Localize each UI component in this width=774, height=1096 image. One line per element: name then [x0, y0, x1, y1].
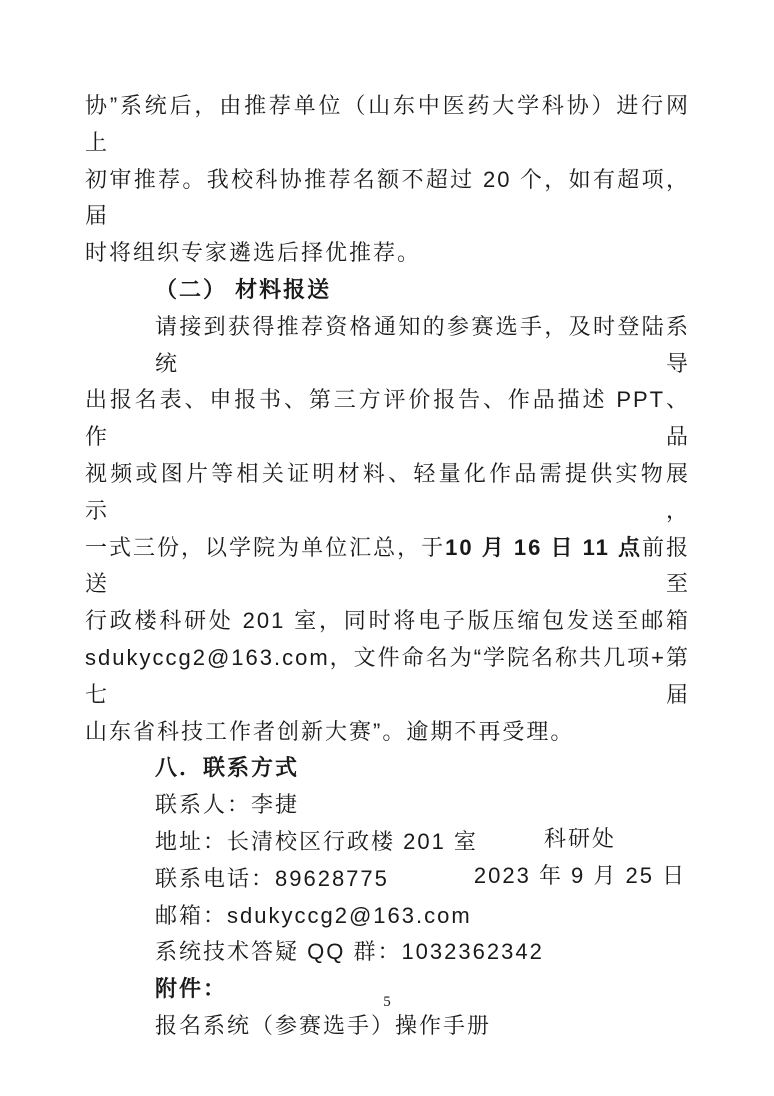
body-line: 出报名表、申报书、第三方评价报告、作品描述 PPT、作品 — [85, 382, 690, 456]
section-heading-materials: （二） 材料报送 — [85, 272, 690, 309]
paragraph-materials: 请接到获得推荐资格通知的参赛选手，及时登陆系统导 出报名表、申报书、第三方评价报… — [85, 309, 690, 751]
body-line-deadline: 一式三份，以学院为单位汇总，于10 月 16 日 11 点前报送至 — [85, 530, 690, 604]
body-line: 请接到获得推荐资格通知的参赛选手，及时登陆系统导 — [85, 309, 690, 383]
contact-email-line: 邮箱：sdukyccg2@163.com — [85, 898, 690, 935]
paragraph-web-review: 协”系统后，由推荐单位（山东中医药大学科协）进行网上 初审推荐。我校科协推荐名额… — [85, 88, 690, 272]
document-page: 协”系统后，由推荐单位（山东中医药大学科协）进行网上 初审推荐。我校科协推荐名额… — [0, 0, 774, 1096]
attachment-item: 报名系统（参赛选手）操作手册 — [85, 1008, 690, 1045]
body-line: 山东省科技工作者创新大赛”。逾期不再受理。 — [85, 714, 690, 751]
signature-department: 科研处 — [460, 821, 700, 858]
body-line: 协”系统后，由推荐单位（山东中医药大学科协）进行网上 — [85, 88, 690, 162]
deadline-text-pre: 一式三份，以学院为单位汇总，于 — [85, 535, 445, 560]
section-heading-contact: 八．联系方式 — [85, 750, 690, 787]
contact-qq-group-line: 系统技术答疑 QQ 群：1032362342 — [85, 934, 690, 971]
body-line: 视频或图片等相关证明材料、轻量化作品需提供实物展示， — [85, 456, 690, 530]
body-line: 行政楼科研处 201 室，同时将电子版压缩包发送至邮箱 — [85, 603, 690, 640]
signature-block: 科研处 2023 年 9 月 25 日 — [460, 821, 700, 895]
body-line: 时将组织专家遴选后择优推荐。 — [85, 235, 690, 272]
page-number: 5 — [0, 994, 774, 1011]
deadline-bold-text: 10 月 16 日 11 点 — [445, 535, 642, 560]
document-body: 协”系统后，由推荐单位（山东中医药大学科协）进行网上 初审推荐。我校科协推荐名额… — [85, 88, 690, 1045]
signature-date: 2023 年 9 月 25 日 — [460, 858, 700, 895]
contact-person-line: 联系人：李捷 — [85, 787, 690, 824]
body-line-email: sdukyccg2@163.com，文件命名为“学院名称共几项+第七届 — [85, 640, 690, 714]
body-line: 初审推荐。我校科协推荐名额不超过 20 个，如有超项，届 — [85, 162, 690, 236]
